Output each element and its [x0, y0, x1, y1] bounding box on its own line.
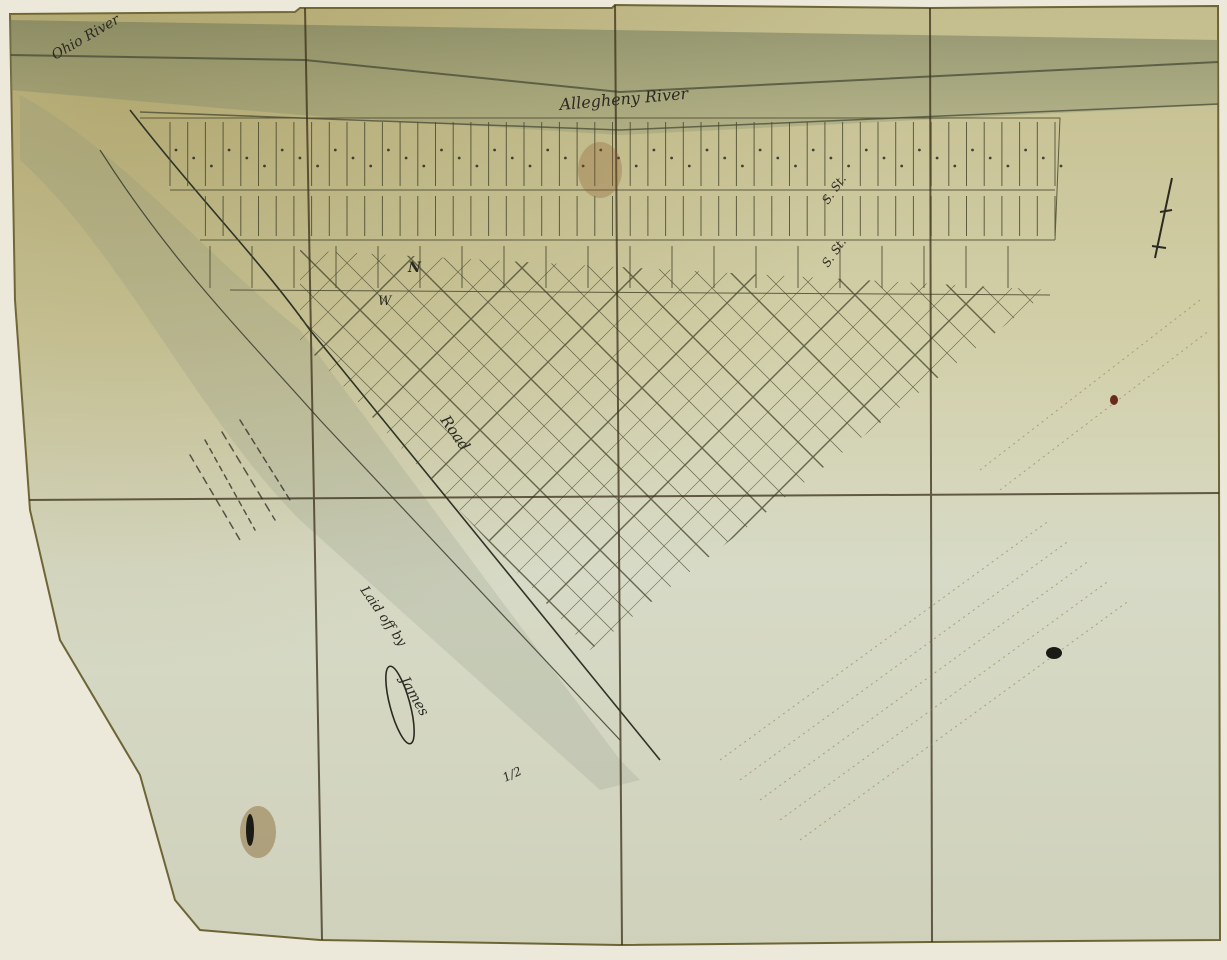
label-block-mark: N [407, 260, 422, 276]
label-block-mark-2: W [378, 294, 393, 309]
map-canvas: Ohio River Allegheny River S. St. S. St.… [0, 0, 1227, 960]
plat-map: Ohio River Allegheny River S. St. S. St.… [0, 0, 1227, 960]
parchment-sheet [0, 0, 1227, 960]
stain [240, 806, 276, 858]
